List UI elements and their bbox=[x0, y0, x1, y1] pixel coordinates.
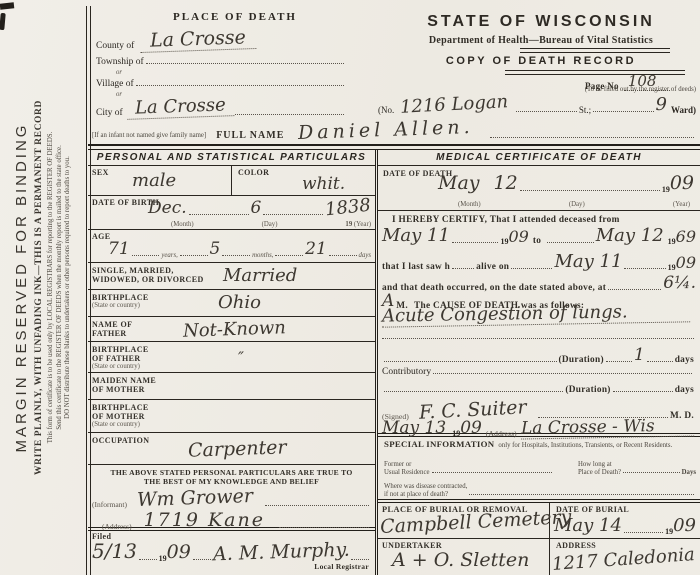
filed-leader bbox=[193, 559, 211, 560]
margin-write-plainly: WRITE PLAINLY, WITH UNFADING INK—THIS IS… bbox=[34, 0, 44, 575]
house-no-label: (No. bbox=[378, 105, 394, 115]
father-name-field: Not-Known bbox=[183, 317, 286, 342]
leader bbox=[432, 472, 553, 473]
informant-label: (Informant) bbox=[92, 500, 127, 509]
full-name-label: FULL NAME bbox=[216, 130, 284, 141]
sex-field: male bbox=[132, 170, 176, 191]
father-birthplace-label-1: BIRTHPLACE bbox=[92, 345, 149, 354]
binding-margin: MARGIN RESERVED FOR BINDING WRITE PLAINL… bbox=[0, 0, 86, 575]
leader bbox=[624, 268, 665, 269]
signed-year-field: 09 bbox=[460, 418, 482, 438]
signed-date-field: May 13 bbox=[382, 418, 446, 438]
department-line: Department of Health—Bureau of Vital Sta… bbox=[390, 35, 692, 46]
filed-leader bbox=[139, 559, 157, 560]
ward-field: 9 bbox=[656, 94, 667, 115]
leader bbox=[384, 391, 563, 392]
informant-field: Wm Grower bbox=[137, 485, 254, 511]
informant-leader bbox=[265, 505, 369, 506]
occupation-field: Carpenter bbox=[188, 436, 287, 461]
leader bbox=[647, 361, 673, 362]
township-field bbox=[146, 63, 344, 64]
statement-line-1: THE ABOVE STATED PERSONAL PARTICULARS AR… bbox=[90, 468, 373, 477]
ward-leader bbox=[593, 111, 653, 112]
former-label-1: Former or bbox=[384, 461, 430, 469]
filed-date-field: 5/13 bbox=[92, 539, 137, 563]
age-leader bbox=[275, 255, 303, 256]
color-label: COLOR bbox=[238, 168, 269, 177]
day-sub: (Day) bbox=[569, 201, 585, 208]
attended-from-year: 09 bbox=[508, 227, 528, 246]
age-years-field: 71 bbox=[108, 239, 130, 259]
attended-to-year: 69 bbox=[676, 227, 696, 246]
birthplace-label: BIRTHPLACE bbox=[92, 293, 149, 302]
state-country-sub: (State or country) bbox=[92, 363, 149, 370]
leader bbox=[547, 242, 594, 243]
dob-year-field: 1838 bbox=[324, 195, 372, 221]
year-sub: (Year) bbox=[673, 201, 690, 208]
dob-leader bbox=[263, 214, 323, 215]
years-sub: years, bbox=[161, 252, 177, 259]
place-of-death-title: PLACE OF DEATH bbox=[120, 11, 350, 23]
dob-day-field: 6 bbox=[251, 198, 262, 218]
personal-section-title: PERSONAL AND STATISTICAL PARTICULARS bbox=[88, 149, 375, 166]
last-saw-prefix: that I last saw h bbox=[382, 262, 450, 272]
alive-on-label: alive on bbox=[476, 262, 509, 272]
leader bbox=[433, 373, 692, 374]
dob-month-field: Dec. bbox=[148, 198, 187, 218]
age-leader bbox=[132, 255, 160, 256]
mother-birthplace-label-2: OF MOTHER bbox=[92, 412, 149, 421]
last-saw-date-field: May 11 bbox=[554, 251, 622, 272]
certify-line: I HEREBY CERTIFY, That I attended deceas… bbox=[392, 215, 696, 225]
undertaker-address-label: ADDRESS bbox=[556, 541, 596, 550]
street-no-field: 1216 Logan bbox=[400, 91, 509, 118]
days-sub: days bbox=[359, 252, 371, 259]
days-cap-label: Days bbox=[682, 469, 696, 477]
medical-section-title: MEDICAL CERTIFICATE OF DEATH bbox=[378, 149, 700, 166]
infant-note: [If an infant not named give family name… bbox=[92, 132, 206, 140]
county-field: La Crosse bbox=[140, 26, 257, 53]
blank-line bbox=[382, 337, 694, 339]
color-field: whit. bbox=[302, 174, 345, 194]
leader bbox=[608, 289, 661, 290]
dob-leader bbox=[189, 214, 249, 215]
copy-title: COPY OF DEATH RECORD bbox=[390, 55, 692, 67]
filed-year-prefix: 19 bbox=[159, 554, 167, 563]
burial-date-field: May 14 bbox=[554, 515, 622, 536]
burial-year-field: 09 bbox=[673, 515, 696, 536]
state-country-sub: (State or country) bbox=[92, 421, 149, 428]
duration-label: (Duration) bbox=[565, 385, 610, 395]
or-label: or bbox=[116, 69, 122, 76]
leader bbox=[623, 472, 680, 473]
dod-month-field: May bbox=[438, 172, 480, 194]
statement-line-2: THE BEST OF MY KNOWLEDGE AND BELIEF bbox=[90, 477, 373, 486]
margin-note-2: Send this certificate to the REGISTER OF… bbox=[56, 0, 65, 575]
marital-label-2: WIDOWED, OR DIVORCED bbox=[92, 275, 204, 284]
medical-section: MEDICAL CERTIFICATE OF DEATH DATE OF DEA… bbox=[378, 149, 700, 575]
dod-day-field: 12 bbox=[494, 172, 518, 194]
undertaker-field: A + O. Sletten bbox=[392, 549, 529, 571]
father-birthplace-label-2: OF FATHER bbox=[92, 354, 149, 363]
county-label: County of bbox=[96, 41, 134, 51]
birthplace-field: Ohio bbox=[218, 292, 261, 313]
address-leader bbox=[279, 527, 369, 528]
how-long-label-2: Place of Death? bbox=[578, 469, 621, 476]
how-long-label-1: How long at bbox=[578, 461, 621, 469]
margin-note-3: DO NOT distribute these blanks to undert… bbox=[64, 0, 73, 575]
rule bbox=[520, 48, 670, 53]
age-leader bbox=[180, 255, 208, 256]
leader bbox=[613, 391, 673, 392]
leader bbox=[452, 242, 499, 243]
father-birthplace-field: ″ bbox=[238, 348, 244, 367]
month-sub: (Month) bbox=[171, 221, 194, 228]
where-label-1: Where was disease contracted, bbox=[384, 483, 467, 491]
days-label: days bbox=[675, 355, 694, 365]
year-prefix: 19 bbox=[668, 237, 676, 246]
age-leader bbox=[222, 255, 250, 256]
city-field-leader bbox=[235, 114, 344, 115]
cause-of-death-field: Acute Congestion of lungs. bbox=[382, 300, 690, 327]
sex-label: SEX bbox=[92, 168, 109, 177]
special-info-note: only for Hospitals, Institutions, Transi… bbox=[498, 442, 672, 449]
duration-field: 1 bbox=[634, 345, 645, 365]
year-prefix: 19 bbox=[668, 263, 676, 272]
ward-label: Ward) bbox=[671, 105, 696, 115]
city-label: City of bbox=[96, 108, 123, 118]
contributory-label: Contributory bbox=[382, 367, 431, 377]
occupation-label: OCCUPATION bbox=[92, 436, 149, 445]
village-label: Village of bbox=[96, 79, 134, 89]
leader bbox=[469, 494, 694, 495]
village-field bbox=[136, 85, 344, 86]
former-residence-label: Former orUsual Residence bbox=[384, 461, 430, 476]
informant-address-field: 1719 Kane bbox=[144, 509, 265, 531]
state-country-sub: (State or country) bbox=[92, 302, 149, 309]
year-prefix: 19 bbox=[500, 237, 508, 246]
how-long-label: How long atPlace of Death? bbox=[578, 461, 621, 476]
informant-address-label: (Address) bbox=[102, 522, 132, 531]
full-name-field: Daniel Allen. bbox=[298, 116, 474, 144]
month-sub: (Month) bbox=[458, 201, 481, 208]
age-days-field: 21 bbox=[305, 239, 327, 259]
mother-name-label-1: MAIDEN NAME bbox=[92, 376, 156, 385]
city-field: La Crosse bbox=[126, 94, 233, 120]
dod-year-prefix: 19 bbox=[662, 185, 670, 194]
filed-leader bbox=[351, 559, 369, 560]
filed-year-field: 09 bbox=[167, 541, 191, 563]
age-months-field: 5 bbox=[210, 239, 221, 259]
leader bbox=[511, 268, 552, 269]
signed-address-field: La Crosse - Wis bbox=[520, 415, 694, 439]
year-sub: (Year) bbox=[354, 221, 371, 228]
marital-field: Married bbox=[223, 265, 297, 286]
st-label: St.; bbox=[579, 105, 591, 115]
burial-date-label: DATE OF BURIAL bbox=[556, 505, 629, 514]
father-name-label-1: NAME OF bbox=[92, 320, 132, 329]
months-sub: months, bbox=[252, 252, 273, 259]
mother-name-label-2: OF MOTHER bbox=[92, 385, 156, 394]
dod-leader bbox=[520, 190, 660, 191]
former-label-2: Usual Residence bbox=[384, 469, 430, 476]
to-label: to bbox=[533, 236, 541, 246]
father-name-label-2: FATHER bbox=[92, 329, 132, 338]
personal-section: PERSONAL AND STATISTICAL PARTICULARS SEX… bbox=[88, 149, 378, 575]
death-time-field: 6¼. bbox=[663, 273, 696, 293]
duration-label: (Duration) bbox=[559, 355, 604, 365]
full-name-leader bbox=[490, 137, 694, 138]
special-info-title: SPECIAL INFORMATION bbox=[384, 439, 494, 449]
local-registrar-label: Local Registrar bbox=[314, 562, 369, 571]
age-leader bbox=[329, 255, 357, 256]
where-contracted-label: Where was disease contracted,if not at p… bbox=[384, 483, 467, 498]
margin-binding-text: MARGIN RESERVED FOR BINDING bbox=[13, 0, 30, 575]
township-label: Township of bbox=[96, 57, 144, 67]
days-label: days bbox=[675, 385, 694, 395]
leader bbox=[452, 268, 474, 269]
day-sub: (Day) bbox=[262, 221, 278, 228]
state-title: STATE OF WISCONSIN bbox=[390, 13, 692, 31]
attended-to-field: May 12 bbox=[596, 225, 664, 246]
year-prefix: 19 bbox=[665, 527, 673, 536]
where-label-2: if not at place of death? bbox=[384, 491, 448, 498]
form-header: PLACE OF DEATH County of La Crosse Towns… bbox=[90, 0, 700, 144]
death-record-document: MARGIN RESERVED FOR BINDING WRITE PLAINL… bbox=[0, 0, 700, 575]
marital-label-1: SINGLE, MARRIED, bbox=[92, 266, 204, 275]
last-saw-year: 09 bbox=[676, 253, 696, 272]
margin-note-1: This form of certificate is to be used o… bbox=[47, 0, 56, 575]
dod-year-field: 09 bbox=[670, 172, 694, 194]
street-leader bbox=[516, 111, 576, 112]
leader bbox=[624, 532, 663, 533]
attended-from-field: May 11 bbox=[382, 225, 450, 246]
mother-birthplace-label-1: BIRTHPLACE bbox=[92, 403, 149, 412]
year-prefix: 19 bbox=[345, 221, 352, 228]
register-note: (To be filled out by the register of dee… bbox=[530, 86, 696, 94]
leader bbox=[606, 361, 632, 362]
leader bbox=[384, 361, 557, 362]
